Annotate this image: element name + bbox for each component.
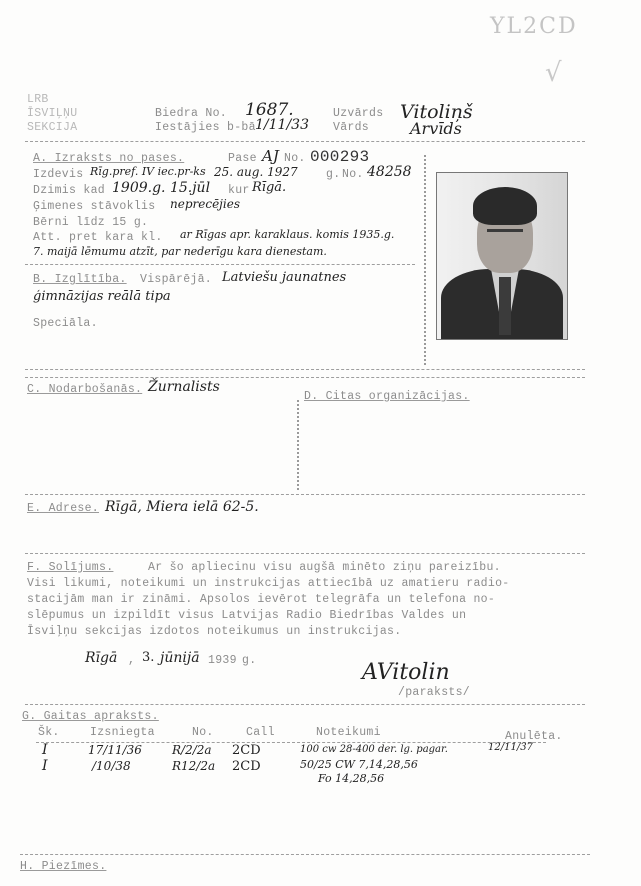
name-value: Arvīds xyxy=(410,119,462,138)
corner-tick: √ xyxy=(545,58,562,88)
column-header: Noteikumi xyxy=(316,726,381,739)
signature: AVitolin xyxy=(362,660,450,685)
pledge-line-3: stacijām man ir zināmi. Apsolos ievērot … xyxy=(27,593,495,606)
section-b-title: B. Izglītība. xyxy=(33,273,127,286)
cell-issued: /10/38 xyxy=(92,759,131,773)
section-g-title: G. Gaitas apraksts. xyxy=(22,710,159,723)
divider xyxy=(20,854,590,855)
registration-card: YL2CD √ LRB ĪSVIĻŅU SEKCIJA Biedra No. 1… xyxy=(0,0,641,886)
org-line-1: LRB xyxy=(27,93,49,106)
issued-suffix: g. xyxy=(326,168,340,181)
issued-date: 25. aug. 1927 xyxy=(214,165,298,179)
column-header: Šk. xyxy=(38,726,60,739)
divider xyxy=(25,264,415,265)
family-label: Ģimenes stāvoklis xyxy=(33,200,155,213)
born-where-label: kur xyxy=(228,184,250,197)
member-no-label: Biedra No. xyxy=(155,107,227,120)
separator xyxy=(424,155,426,365)
section-a-title: A. Izraksts no pases. xyxy=(33,152,184,165)
cell-call: 2CD xyxy=(232,743,261,758)
born-where-value: Rīgā. xyxy=(252,180,286,195)
corner-code: YL2CD xyxy=(490,14,578,39)
passport-label: Pase xyxy=(228,152,257,165)
cell-terms: 100 cw 28-400 der. lg. pagar. xyxy=(300,744,448,755)
passport-no-label: No. xyxy=(284,152,306,165)
signing-day: 3. xyxy=(142,650,154,665)
military-value-1: ar Rīgas apr. karaklaus. komis 1935.g. xyxy=(180,228,394,241)
section-d-title: D. Citas organizācijas. xyxy=(304,390,470,403)
cell-call: 2CD xyxy=(232,759,261,774)
divider xyxy=(25,369,585,370)
born-label: Dzimis kad xyxy=(33,184,105,197)
passport-no-value: 000293 xyxy=(310,148,369,166)
portrait-photo xyxy=(436,172,568,340)
military-value-2: 7. maijā lēmumu atzīt, par nederīgu kara… xyxy=(33,245,327,258)
divider xyxy=(25,377,585,378)
occupation-value: Žurnalists xyxy=(148,379,220,395)
pledge-line-1: Ar šo apliecinu visu augšā minēto ziņu p… xyxy=(148,561,501,574)
family-value: neprecējies xyxy=(170,197,240,211)
comma: , xyxy=(128,654,135,667)
column-header: Call xyxy=(246,726,275,739)
general-education-value-2: ģimnāzijas reālā tipa xyxy=(33,289,171,304)
children-label: Bērni līdz 15 g. xyxy=(33,216,148,229)
cell-issued: 17/11/36 xyxy=(88,743,142,757)
passport-series: AJ xyxy=(262,147,279,165)
cell-annulled: 12/11/37 xyxy=(488,742,533,753)
surname-label: Uzvārds xyxy=(333,107,383,120)
signing-month: jūnijā xyxy=(160,650,200,666)
pledge-line-2: Visi likumi, noteikumi un instrukcijas a… xyxy=(27,577,509,590)
cell-sk: I xyxy=(42,758,48,774)
section-e-title: E. Adrese. xyxy=(27,502,99,515)
issued-by: Rīg.pref. IV iec.pr-ks xyxy=(90,165,206,178)
signing-place: Rīgā xyxy=(85,650,117,666)
section-c-title: C. Nodarbošanās. xyxy=(27,383,142,396)
signature-label: /paraksts/ xyxy=(398,686,470,699)
general-education-label: Vispārējā. xyxy=(140,273,212,286)
issued-no-value: 48258 xyxy=(367,164,412,180)
divider xyxy=(25,494,585,495)
org-line-3: SEKCIJA xyxy=(27,121,77,134)
joined-label: Iestājies b-bā xyxy=(155,121,256,134)
cell-terms-2: Fo 14,28,56 xyxy=(318,772,384,785)
signing-year-suffix: g. xyxy=(242,654,256,667)
issued-no-label: No. xyxy=(342,168,364,181)
general-education-value-1: Latviešu jaunatnes xyxy=(222,270,346,285)
military-label: Att. pret kara kl. xyxy=(33,231,163,244)
pledge-line-4: slēpumus un izpildīt visus Latvijas Radi… xyxy=(27,609,466,622)
cell-sk: I xyxy=(42,742,48,758)
cell-no: R/2/2a xyxy=(172,743,212,757)
section-h-title: H. Piezīmes. xyxy=(20,860,106,873)
column-header: No. xyxy=(192,726,214,739)
divider xyxy=(25,704,585,705)
special-education-label: Speciāla. xyxy=(33,317,98,330)
signing-year: 1939 xyxy=(208,654,237,667)
section-f-title: F. Solījums. xyxy=(27,561,113,574)
issued-label: Izdevis xyxy=(33,168,83,181)
joined-value: 1/11/33 xyxy=(255,117,309,133)
name-label: Vārds xyxy=(333,121,369,134)
cell-no: R12/2a xyxy=(172,759,215,773)
divider xyxy=(25,553,585,554)
divider xyxy=(25,141,585,142)
column-header: Izsniegta xyxy=(90,726,155,739)
cell-terms: 50/25 CW 7,14,28,56 xyxy=(300,758,418,771)
org-line-2: ĪSVIĻŅU xyxy=(27,107,77,120)
pledge-line-5: Īsviļņu sekcijas izdotos noteikumus un i… xyxy=(27,625,401,638)
address-value: Rīgā, Miera ielā 62-5. xyxy=(105,499,259,515)
born-value: 1909.g. 15.jūl xyxy=(112,180,210,196)
separator xyxy=(297,400,299,490)
